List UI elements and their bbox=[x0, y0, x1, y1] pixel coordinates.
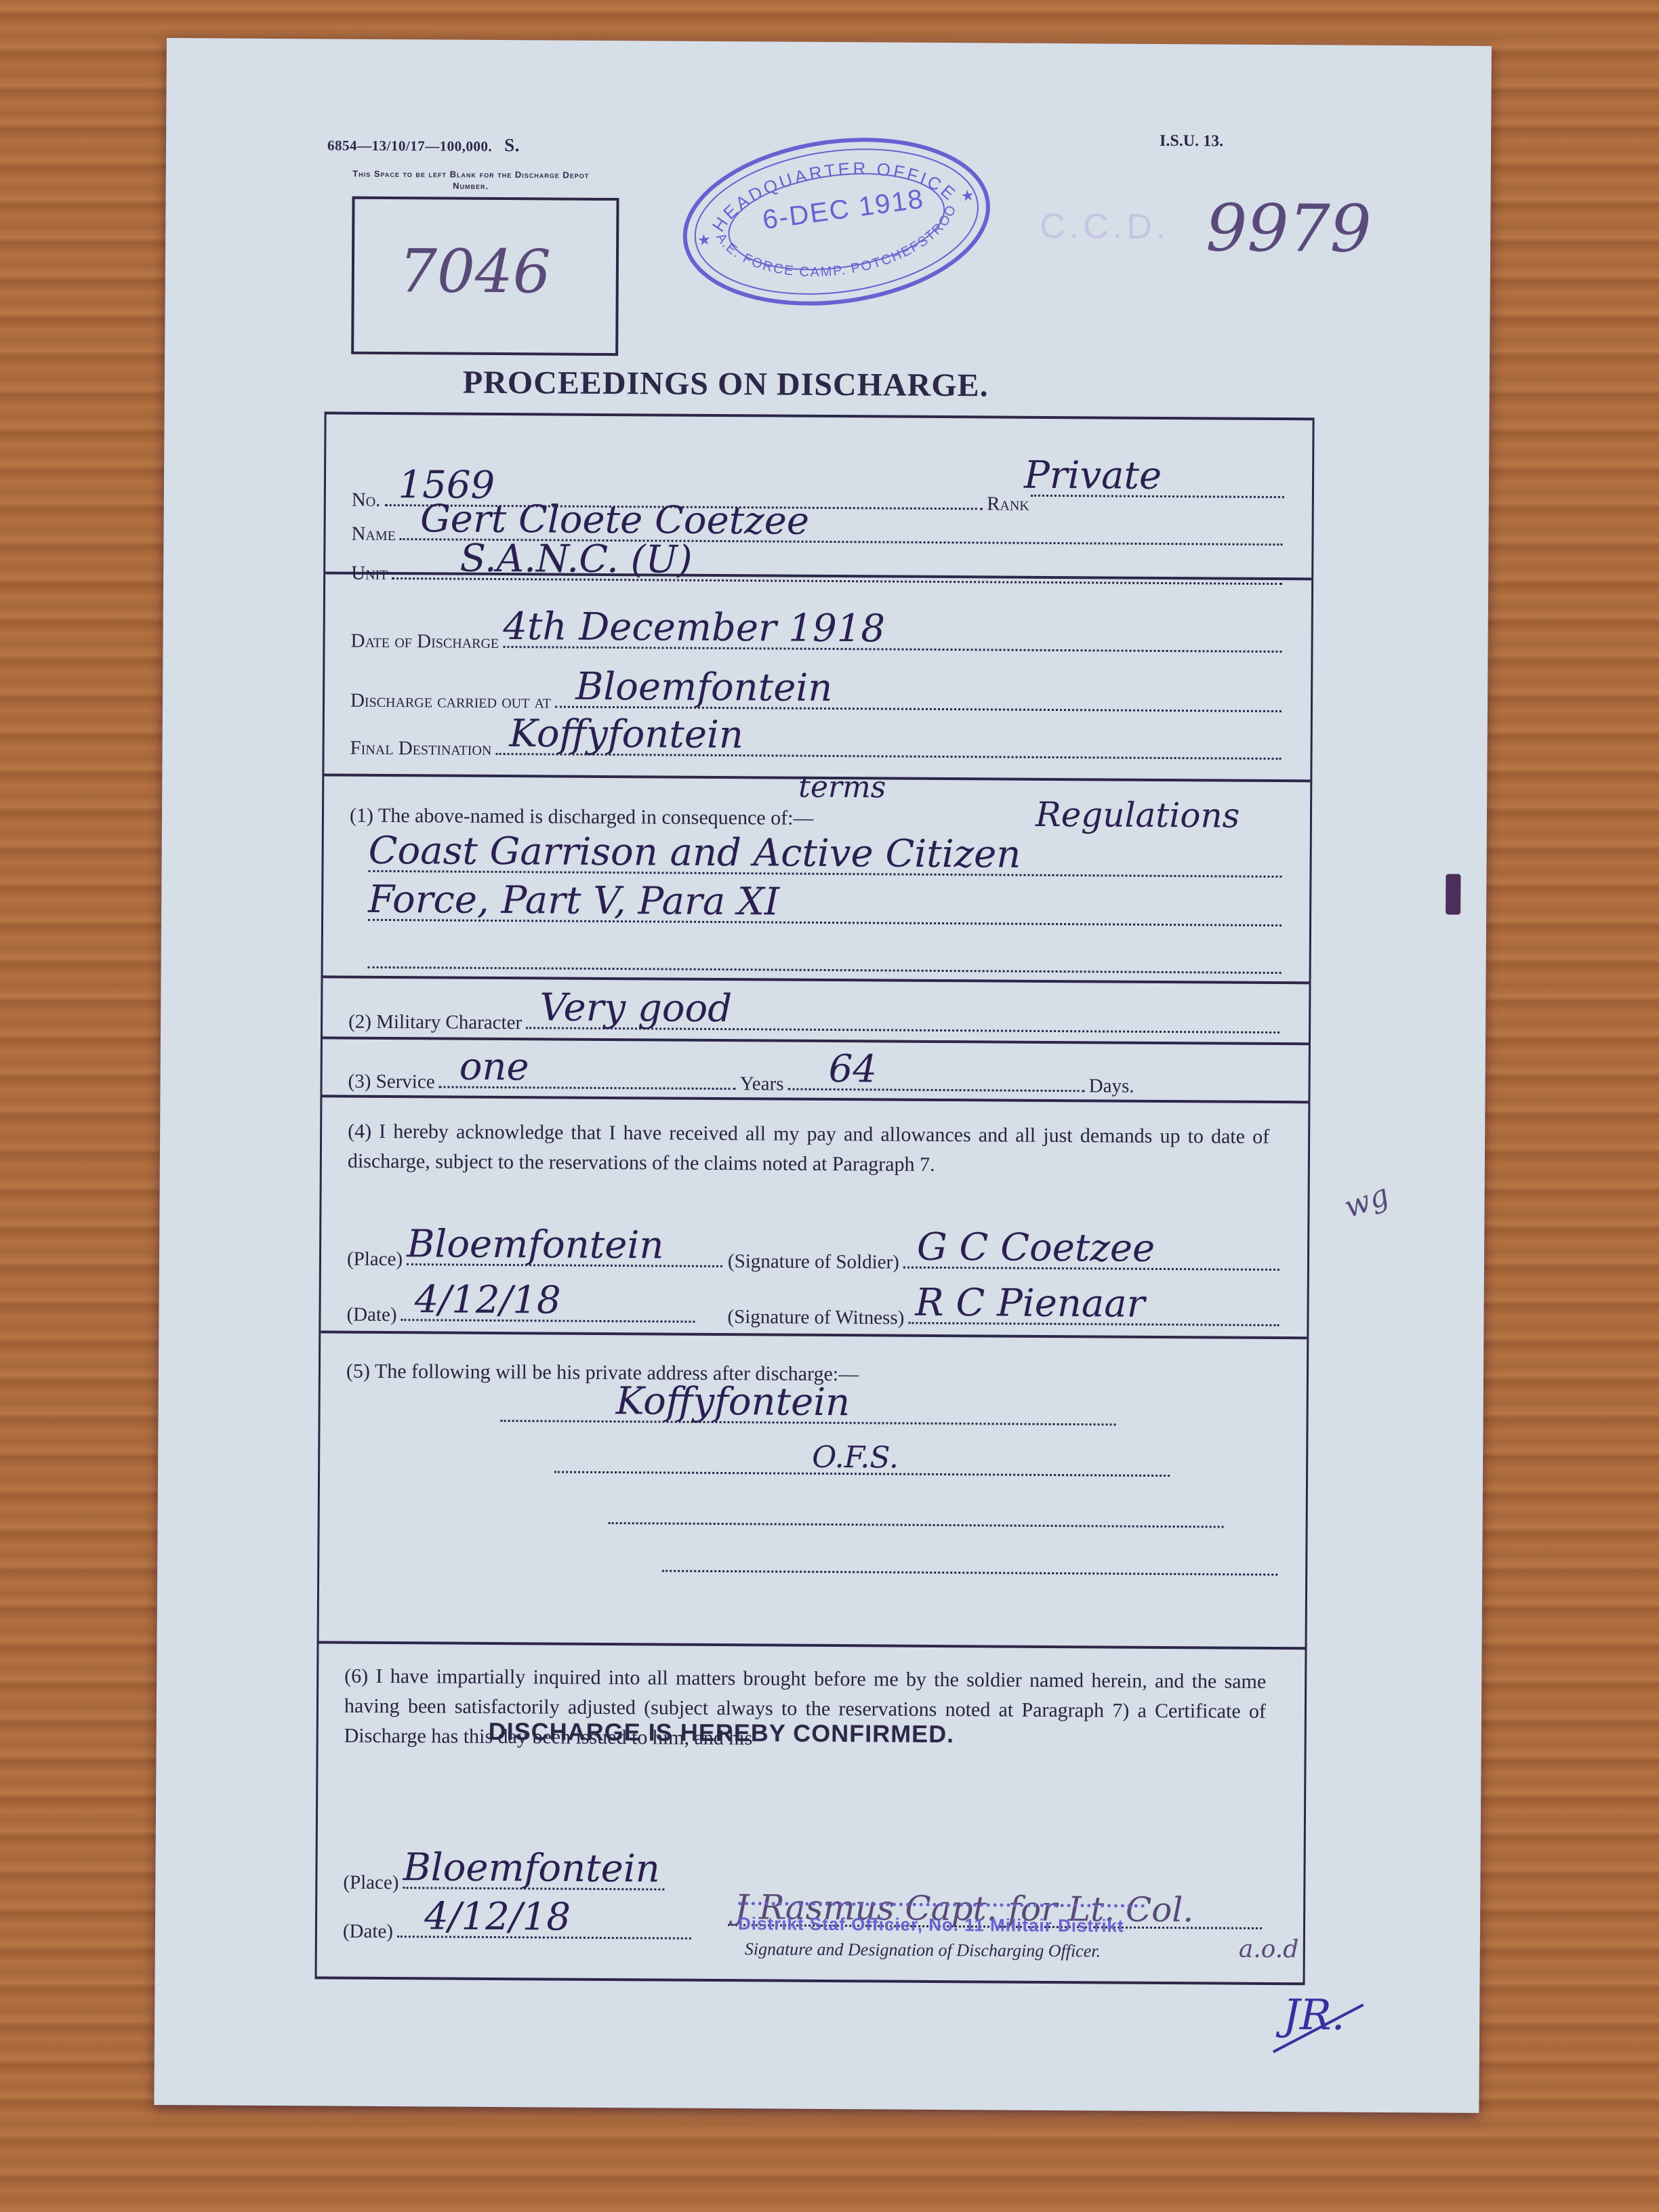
section-1-correction: terms bbox=[798, 770, 886, 805]
cod-label: C.C.D. bbox=[1040, 206, 1170, 247]
field-military-character: (2) Military Character Very good bbox=[348, 1011, 1284, 1039]
ink-blot bbox=[1446, 874, 1460, 915]
address-line-3 bbox=[605, 1521, 1228, 1534]
field-discharge-place: Discharge carried out at Bloemfontein bbox=[350, 690, 1286, 718]
service-years-value: one bbox=[459, 1048, 529, 1087]
destination-value: Koffyfontein bbox=[509, 715, 743, 754]
svg-text:★: ★ bbox=[697, 230, 712, 249]
form-frame: No. 1569 Rank Private Name Gert Cloete C… bbox=[315, 411, 1315, 1985]
signature-caption: Signature and Designation of Discharging… bbox=[745, 1939, 1101, 1961]
form-id: I.S.U. 13. bbox=[1160, 132, 1223, 151]
svg-text:★: ★ bbox=[960, 186, 975, 205]
field-discharge-date: Date of Discharge 4th December 1918 bbox=[350, 630, 1286, 658]
field-rank: Private bbox=[1031, 493, 1288, 504]
address-line-4 bbox=[658, 1568, 1282, 1581]
section-4-date: (Date) 4/12/18 bbox=[346, 1304, 699, 1328]
depot-number: 7046 bbox=[399, 236, 552, 306]
bottom-initials: JR. bbox=[1283, 1990, 1345, 2040]
discharge-document: 6854—13/10/17—100,000.S. I.S.U. 13. This… bbox=[154, 38, 1492, 2113]
name-value: Gert Cloete Coetzee bbox=[420, 500, 809, 541]
military-character-value: Very good bbox=[539, 989, 732, 1028]
form-series: S. bbox=[504, 135, 520, 155]
depot-note: This Space to be left Blank for the Disc… bbox=[335, 168, 607, 192]
section-6-date: (Date) 4/12/18 bbox=[343, 1921, 695, 1945]
service-days-value: 64 bbox=[829, 1050, 878, 1088]
section-4-text: (4) I hereby acknowledge that I have rec… bbox=[348, 1117, 1270, 1182]
document-title: PROCEEDINGS ON DISCHARGE. bbox=[463, 364, 989, 405]
field-unit: Unit S.A.N.C. (U) bbox=[351, 562, 1286, 590]
section-1-value-line1: Regulations bbox=[1036, 795, 1240, 836]
address-line-2: O.F.S. bbox=[550, 1469, 1174, 1482]
section-6-place: (Place) Bloemfontein bbox=[343, 1872, 668, 1896]
section-4-place: (Place) Bloemfontein bbox=[347, 1248, 726, 1273]
unit-value: S.A.N.C. (U) bbox=[459, 540, 692, 579]
margin-initials: wg bbox=[1340, 1177, 1393, 1225]
cod-number: 9979 bbox=[1206, 190, 1372, 266]
discharge-place-value: Bloemfontein bbox=[575, 668, 832, 708]
address-line-1: Koffyfontein bbox=[496, 1418, 1120, 1431]
section-4-witness-signature: (Signature of Witness) R C Pienaar bbox=[727, 1306, 1283, 1332]
field-final-destination: Final Destination Koffyfontein bbox=[350, 737, 1286, 765]
officer-signature-suffix: a.o.d bbox=[1239, 1935, 1299, 1964]
officer-designation-stamp: Distrikt Staf Officier, No. 11 Militair … bbox=[738, 1913, 1124, 1936]
field-service: (3) Service one Years 64 Days. bbox=[348, 1071, 1134, 1098]
rank-value: Private bbox=[1024, 457, 1162, 495]
section-4-soldier-signature: (Signature of Soldier) G C Coetzee bbox=[728, 1250, 1284, 1276]
discharge-confirmed: DISCHARGE IS HEREBY CONFIRMED. bbox=[489, 1717, 955, 1748]
form-code: 6854—13/10/17—100,000.S. bbox=[327, 134, 520, 156]
discharge-date-value: 4th December 1918 bbox=[503, 608, 885, 648]
section-1-line3: Force, Part V, Para XI bbox=[364, 918, 1286, 932]
